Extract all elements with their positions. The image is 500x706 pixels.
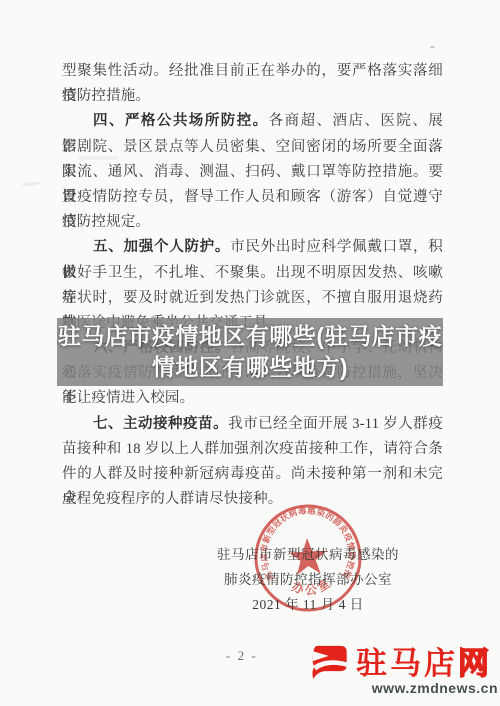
site-name-net-char: 网 bbox=[458, 647, 489, 681]
document-line: 情防控规定。 bbox=[62, 210, 443, 235]
document-body: 型聚集性活动。经批准目前正在举办的，要严格落实落细疫情防控措施。四、严格公共场所… bbox=[62, 59, 443, 512]
scan-speck bbox=[430, 46, 435, 48]
document-line: 件的人群及时接种新冠病毒疫苗。尚未接种第一剂和未完成 bbox=[62, 462, 443, 487]
zmdnews-logo-icon bbox=[310, 643, 350, 685]
signature-org-line1: 驻马店市新型冠状病毒感染的 bbox=[188, 542, 428, 567]
document-line: 苗接种和 18 岁以上人群加强剂次疫苗接种工作，请符合条 bbox=[62, 437, 443, 462]
document-line: 症状时，要及时就近到发热门诊就医，不擅自服用退烧药物。 bbox=[62, 286, 443, 311]
document-line: 四、严格公共场所防控。各商超、酒店、医院、展馆、 bbox=[62, 109, 443, 134]
document-line: 限流、通风、消毒、测温、扫码、戴口罩等防控措施。要设 bbox=[62, 160, 443, 185]
document-line: 七、主动接种疫苗。我市已经全面开展 3-11 岁人群疫 bbox=[62, 412, 443, 437]
document-line: 影剧院、景区景点等人员密集、空间密闭的场所要全面落实 bbox=[62, 135, 443, 160]
document-line: 能让疫情进入校园。 bbox=[62, 386, 443, 411]
scan-smudge bbox=[22, 181, 40, 187]
document-line: 型聚集性活动。经批准目前正在举办的，要严格落实落细疫 bbox=[62, 59, 443, 84]
page-number: - 2 - bbox=[226, 648, 258, 664]
document-line: 置疫情防控专员，督导工作人员和顾客（游客）自觉遵守疫 bbox=[62, 185, 443, 210]
signature-org-line2: 肺炎疫情防控指挥部办公室 bbox=[188, 567, 428, 592]
title-overlay: 驻马店市疫情地区有哪些(驻马店市疫 情地区有哪些地方) bbox=[57, 318, 443, 386]
signature-date: 2021 年 11 月 4 日 bbox=[188, 592, 428, 617]
site-name-text: 驻马店 bbox=[356, 647, 458, 681]
document-line: 五、加强个人防护。市民外出时应科学佩戴口罩，积极 bbox=[62, 235, 443, 260]
scanned-document: { "document": { "lines": [ {"bold":"","t… bbox=[0, 0, 500, 706]
document-line: 情防控措施。 bbox=[62, 84, 443, 109]
site-logo[interactable]: 驻马店 网 www.zmdnews.cn bbox=[310, 643, 498, 696]
overlay-title-line2: 情地区有哪些地方) bbox=[152, 352, 348, 383]
document-line: 做好手卫生，不扎堆、不聚集。出现不明原因发热、咳嗽等 bbox=[62, 261, 443, 286]
overlay-title-line1: 驻马店市疫情地区有哪些(驻马店市疫 bbox=[58, 321, 442, 352]
signature-block: 驻马店市新型冠状病毒感染的 肺炎疫情防控指挥部办公室 2021 年 11 月 4… bbox=[188, 542, 428, 617]
